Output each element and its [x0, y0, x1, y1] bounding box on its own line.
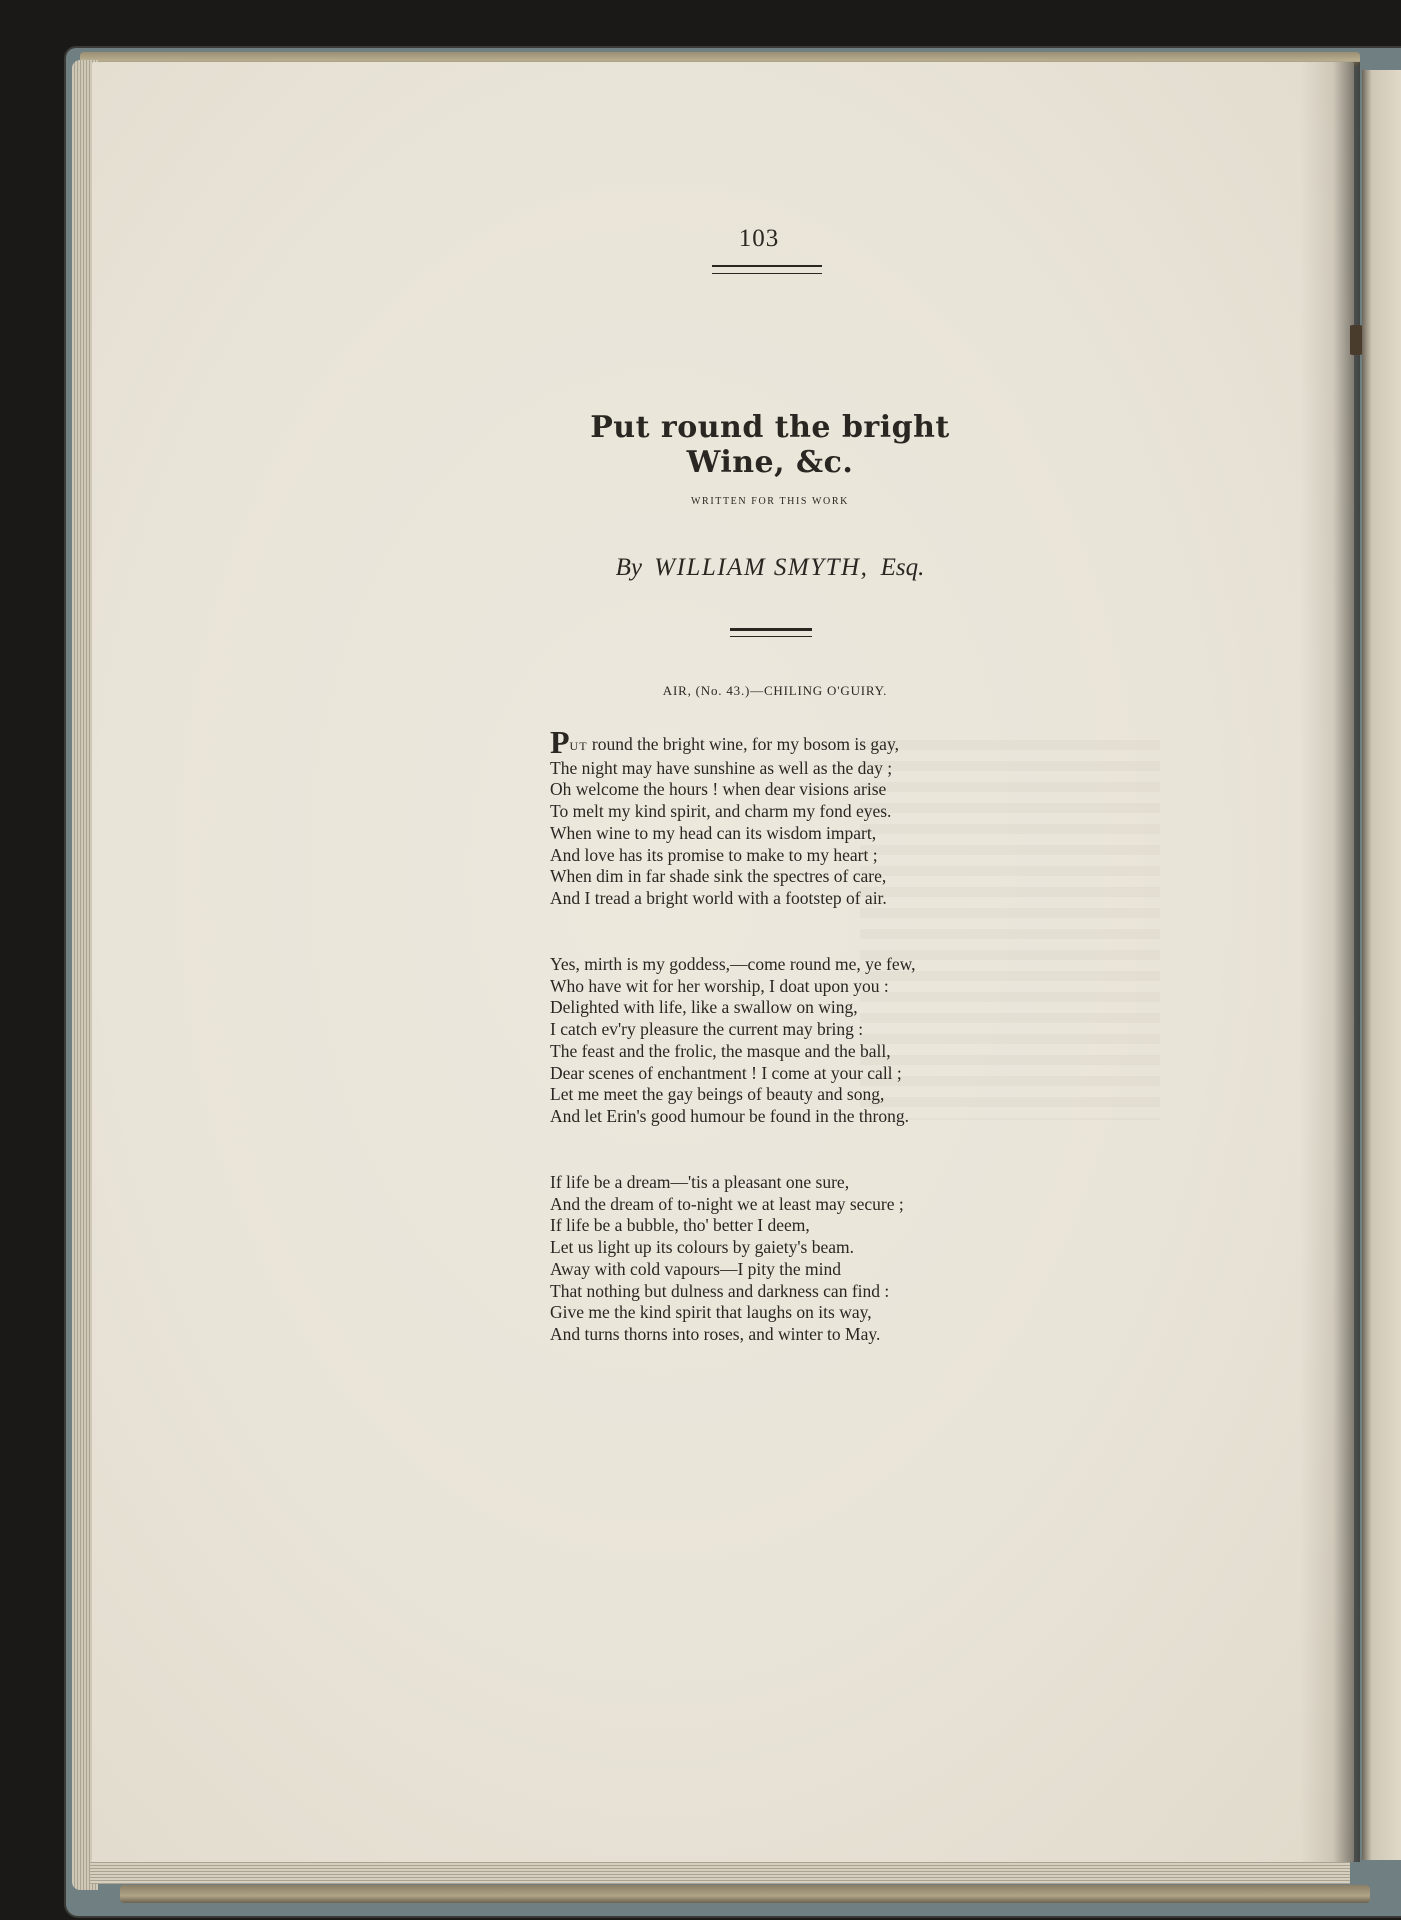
poem-line: And love has its promise to make to my h… — [550, 845, 1010, 867]
poem-line: I catch ev'ry pleasure the current may b… — [550, 1019, 1010, 1041]
poem-line: And the dream of to-night we at least ma… — [550, 1194, 1010, 1216]
poem-line: And I tread a bright world with a footst… — [550, 888, 1010, 910]
poem-line: And let Erin's good humour be found in t… — [550, 1106, 1010, 1128]
poem-line: Let me meet the gay beings of beauty and… — [550, 1084, 1010, 1106]
poem-line: The feast and the frolic, the masque and… — [550, 1041, 1010, 1063]
poem-line: Give me the kind spirit that laughs on i… — [550, 1302, 1010, 1324]
poem-line: To melt my kind spirit, and charm my fon… — [550, 801, 1010, 823]
poem-line: Away with cold vapours—I pity the mind — [550, 1259, 1010, 1281]
page-number: 103 — [694, 225, 824, 253]
drop-cap: P — [550, 724, 570, 760]
stanza-2: Yes, mirth is my goddess,—come round me,… — [550, 954, 1010, 1128]
header-rule — [712, 265, 822, 274]
poem-line: Dear scenes of enchantment ! I come at y… — [550, 1063, 1010, 1085]
poem-line: When wine to my head can its wisdom impa… — [550, 823, 1010, 845]
air-heading: AIR, (No. 43.)—CHILING O'GUIRY. — [600, 683, 950, 699]
poem-line: Delighted with life, like a swallow on w… — [550, 997, 1010, 1019]
author-name: WILLIAM SMYTH, — [654, 554, 868, 581]
poem-line: Oh welcome the hours ! when dear visions… — [550, 779, 1010, 801]
stanza-1: PUT round the bright wine, for my bosom … — [550, 732, 1010, 910]
poem-line: And turns thorns into roses, and winter … — [550, 1324, 1010, 1346]
byline-suffix: Esq. — [881, 554, 925, 581]
byline-prefix: By — [616, 554, 642, 581]
poem-line: If life be a dream—'tis a pleasant one s… — [550, 1172, 1010, 1194]
small-caps: UT — [570, 739, 588, 753]
poem-line: Who have wit for her worship, I doat upo… — [550, 976, 1010, 998]
poem-line: PUT round the bright wine, for my bosom … — [550, 732, 1010, 758]
poem-line: When dim in far shade sink the spectres … — [550, 866, 1010, 888]
author-byline: By WILLIAM SMYTH, Esq. — [560, 554, 980, 582]
poem-line: Let us light up its colours by gaiety's … — [550, 1237, 1010, 1259]
page-content: 103 Put round the bright Wine, &c. WRITT… — [0, 0, 1401, 1920]
section-rule — [730, 628, 812, 637]
poem-title: Put round the bright Wine, &c. — [540, 410, 1000, 480]
poem-subtitle: WRITTEN FOR THIS WORK — [560, 496, 980, 507]
poem-line: That nothing but dulness and darkness ca… — [550, 1281, 1010, 1303]
poem-line: If life be a bubble, tho' better I deem, — [550, 1215, 1010, 1237]
stanza-3: If life be a dream—'tis a pleasant one s… — [550, 1172, 1010, 1346]
scanned-book-scene: 103 Put round the bright Wine, &c. WRITT… — [0, 0, 1401, 1920]
poem-line: Yes, mirth is my goddess,—come round me,… — [550, 954, 1010, 976]
poem-line: The night may have sunshine as well as t… — [550, 758, 1010, 780]
